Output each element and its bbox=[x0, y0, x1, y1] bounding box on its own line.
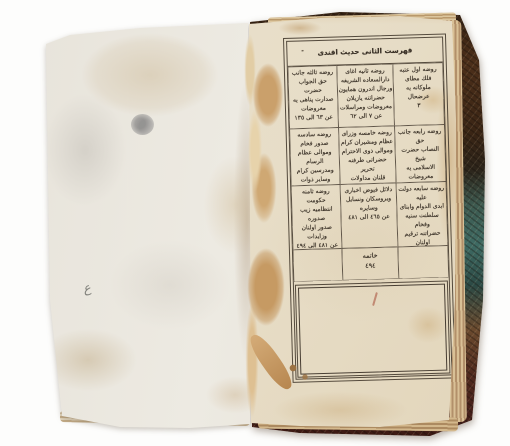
toc-outer-frame: فهرست الثانى حديث افندى - روضه اول عتبه … bbox=[283, 33, 456, 382]
book-photo: ع فهرست الثانى حديث افندى - روضه اول عتب… bbox=[0, 0, 510, 446]
toc-cell-ravza-2: روضه ثانيه اغاى دارالسعاده الشريفه ورجال… bbox=[337, 64, 395, 128]
toc-cell-ravza-5: روضه خامسه وزراى عظام ومشيران كرام وموال… bbox=[339, 126, 397, 185]
toc-cell-appendix: دلائل فيوض اخبارى ويروسكان ونسايل وسايره… bbox=[340, 183, 398, 249]
toc-empty-cell-left bbox=[293, 248, 343, 281]
toc-empty-cell-right bbox=[398, 245, 449, 278]
toc-empty-bottom-box bbox=[295, 280, 451, 377]
toc-header-mark: - bbox=[301, 47, 304, 54]
toc-cell-ravza-3: روضه ثالثه جانب حق الجواب حضرت صدارت پنا… bbox=[288, 66, 339, 129]
toc-empty-bottom-box-inner bbox=[298, 284, 447, 375]
handwriting-mark: ع bbox=[81, 274, 120, 307]
toc-cell-ravza-1: روضه اول عتبه فلك مطاى ملوكانه يه عرضحال… bbox=[393, 63, 445, 126]
toc-cell-ravza-4: روضه رابعه جانب حق النصاب حضرت شيخ الاسل… bbox=[394, 125, 446, 183]
toc-cell-khatime: خاتمه ٤٩٤ bbox=[342, 247, 399, 281]
toc-cell-ravza-7: روضه سابعه دولت عليه ابدى الدوام وابناى … bbox=[396, 182, 448, 247]
toc-cell-ravza-8: روضه ثامنه حكومت انتظاميه زيب صدوره صدور… bbox=[291, 184, 342, 249]
toc-inner-frame: فهرست الثانى حديث افندى - روضه اول عتبه … bbox=[286, 37, 452, 380]
toc-title-cell: فهرست الثانى حديث افندى - bbox=[287, 38, 443, 67]
toc-grid: روضه اول عتبه فلك مطاى ملوكانه يه عرضحال… bbox=[288, 63, 449, 282]
toc-title: فهرست الثانى حديث افندى bbox=[317, 46, 412, 57]
toc-cell-ravza-6: روضه سادسه صدور فخام وموالى عظام الرسام … bbox=[290, 127, 341, 185]
toc-table: فهرست الثانى حديث افندى - روضه اول عتبه … bbox=[283, 33, 456, 382]
ink-stamp bbox=[131, 114, 154, 135]
